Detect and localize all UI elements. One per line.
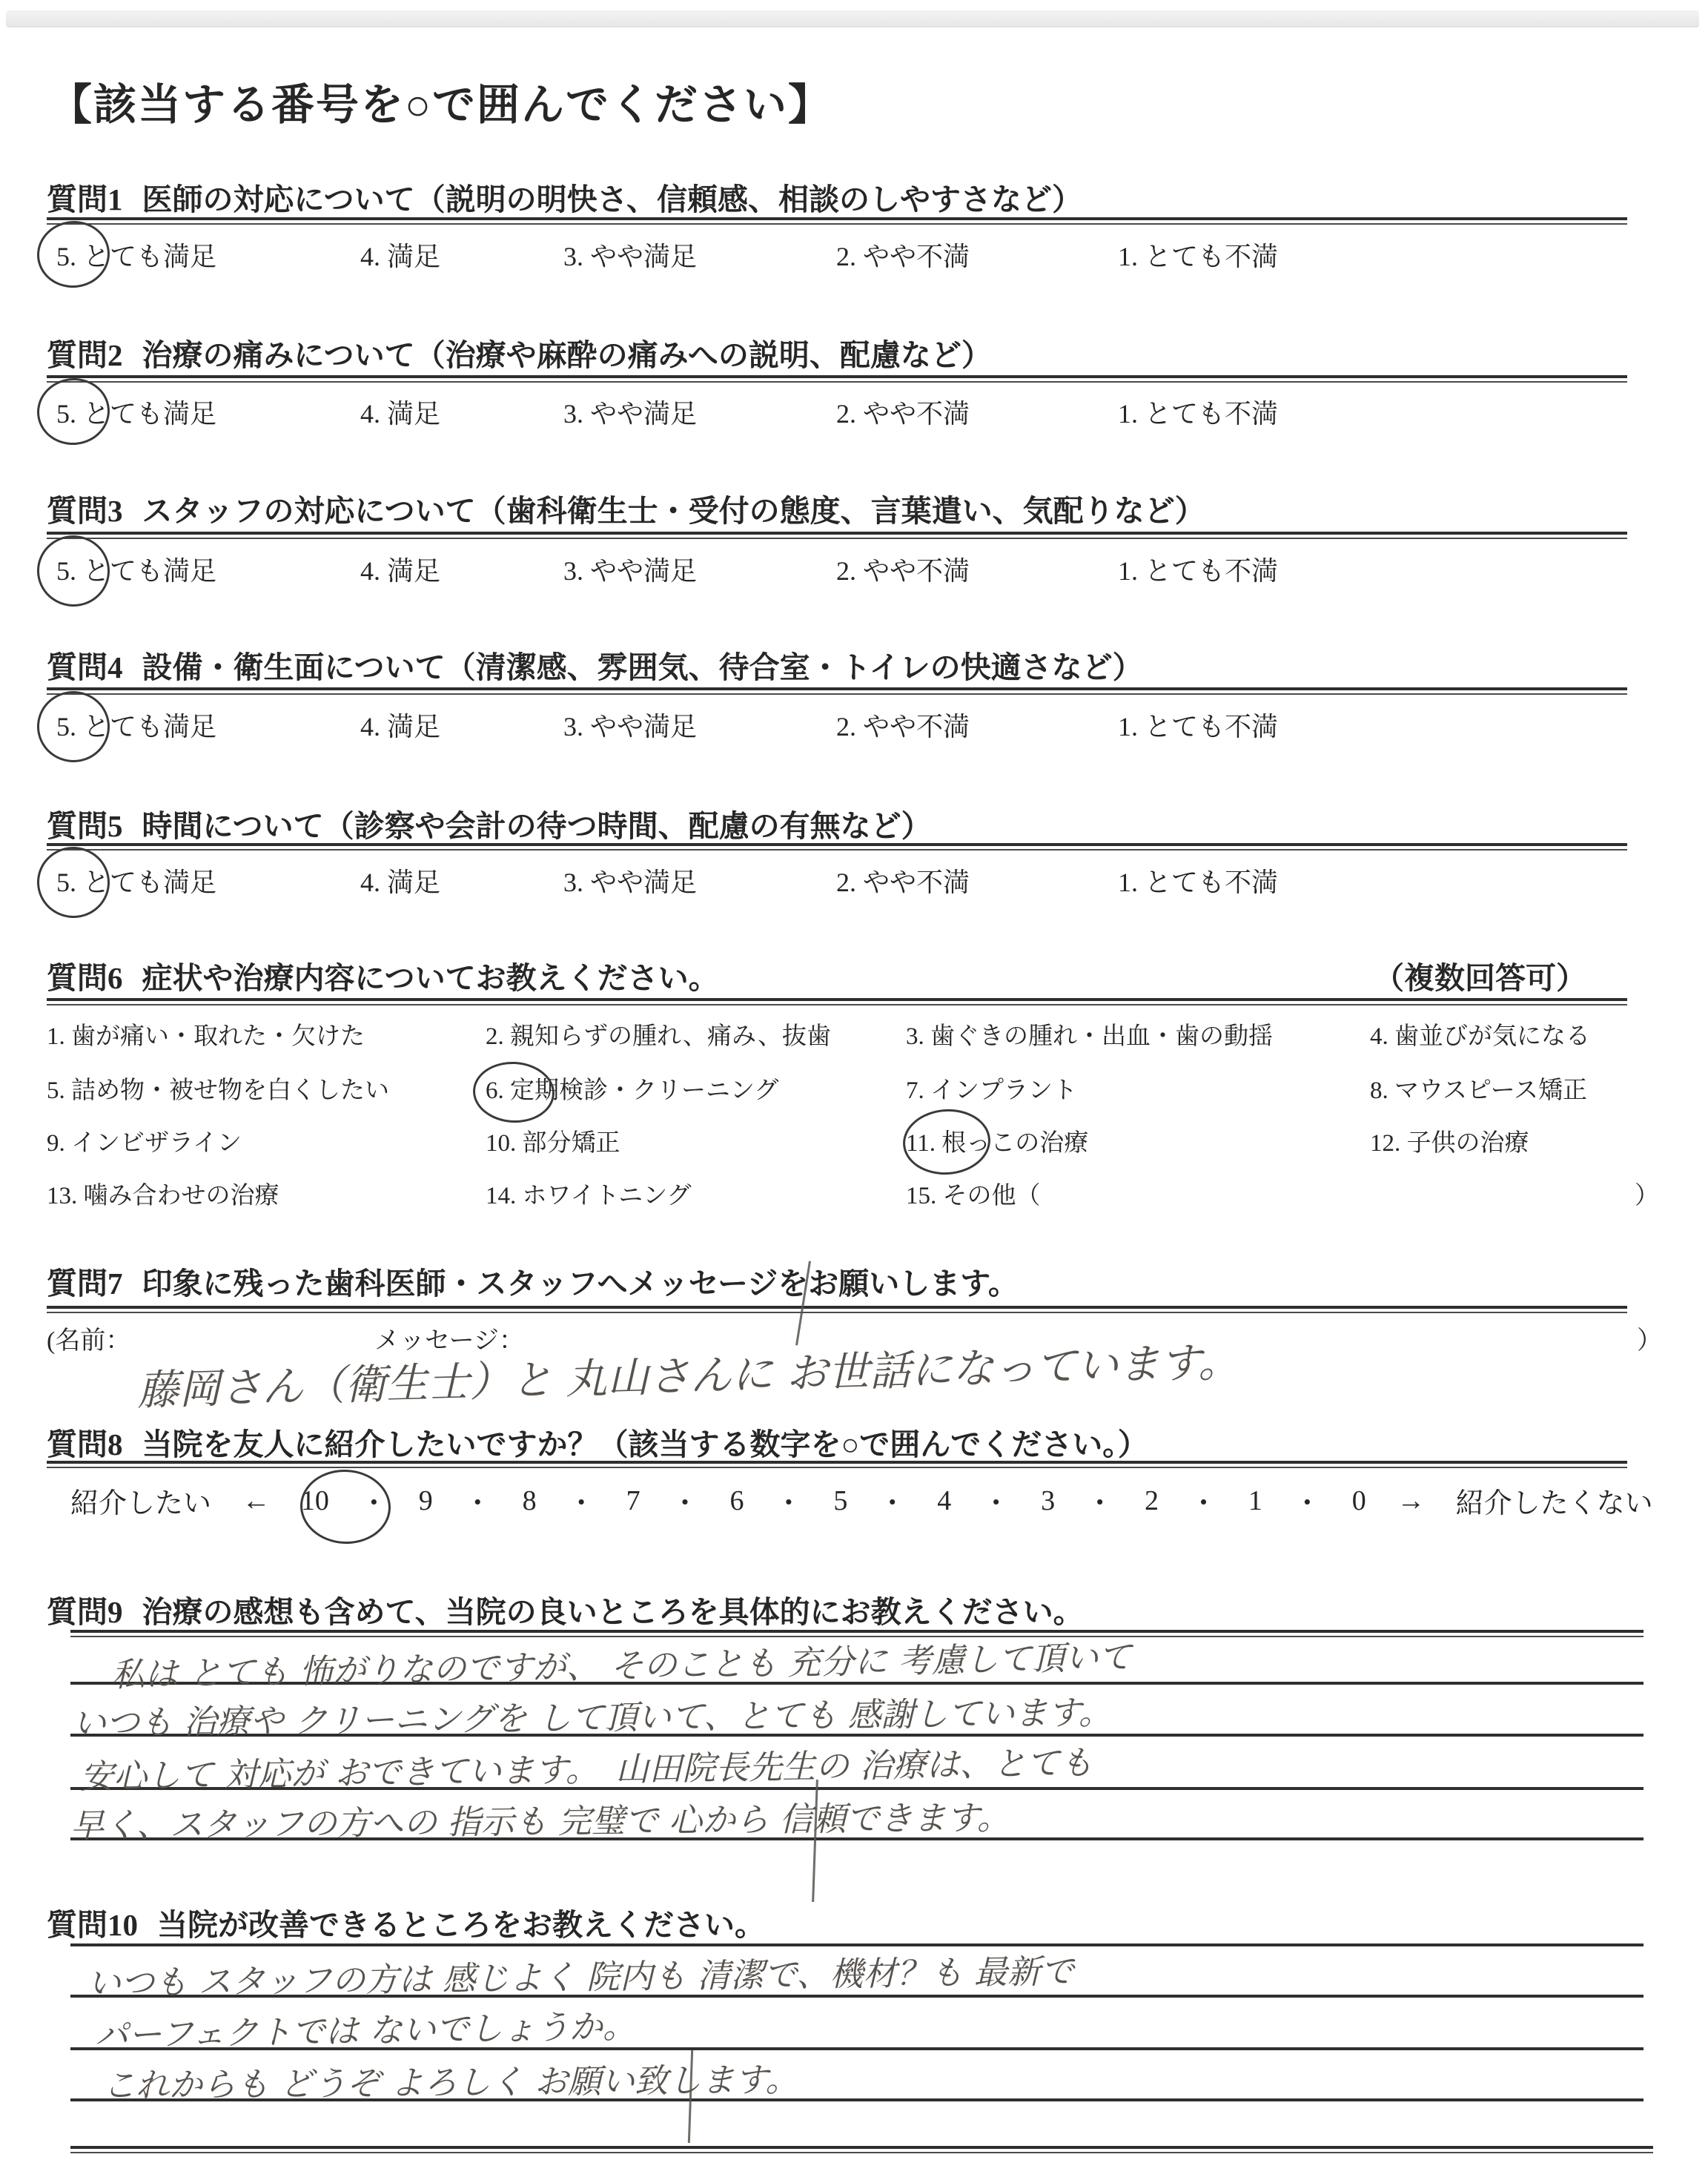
- question10-title: 当院が改善できるところをお教えください。: [157, 1908, 765, 1942]
- dot-separator: ・: [775, 1480, 803, 1521]
- dot-separator: ・: [463, 1480, 491, 1521]
- handdrawn-circle-q1-option5: [34, 217, 113, 291]
- option-3: 3. やや満足: [563, 862, 697, 899]
- question1-heading: 質問1医師の対応について（説明の明快さ、信頼感、相談のしやすさなど）: [47, 175, 1082, 219]
- dot-separator: ・: [567, 1480, 595, 1521]
- divider: [47, 843, 1627, 851]
- question1-title: 医師の対応について（説明の明快さ、信頼感、相談のしやすさなど）: [142, 182, 1083, 217]
- question6-heading: 質問6症状や治療内容についてお教えください。: [47, 954, 719, 997]
- q6-item-4: 4. 歯並びが気になる: [1370, 1017, 1590, 1051]
- question5-options: 5. とても満足 4. 満足 3. やや満足 2. やや不満 1. とても不満: [0, 862, 1708, 899]
- question2-number: 質問2: [47, 338, 123, 372]
- q8-value-1: 1: [1248, 1484, 1262, 1517]
- option-4: 4. 満足: [360, 236, 440, 274]
- dot-separator: ・: [878, 1480, 907, 1521]
- q7-close-paren: ）: [1637, 1320, 1662, 1356]
- q8-value-0: 0: [1352, 1484, 1366, 1517]
- question10-heading: 質問10当院が改善できるところをお教えください。: [47, 1900, 765, 1944]
- handdrawn-circle-q2-option5: [34, 374, 113, 449]
- bottom-divider: [70, 2146, 1653, 2153]
- divider: [47, 217, 1627, 225]
- question5-title: 時間について（診察や会計の待つ時間、配慮の有無など）: [142, 809, 932, 843]
- option-2: 2. やや不満: [836, 393, 970, 431]
- question6-title: 症状や治療内容についてお教えください。: [142, 961, 719, 995]
- q6-item-3: 3. 歯ぐきの腫れ・出血・歯の動揺: [906, 1017, 1273, 1051]
- divider: [47, 687, 1627, 695]
- option-2: 2. やや不満: [836, 550, 970, 588]
- question3-title: スタッフの対応について（歯科衛生士・受付の態度、言葉遣い、気配りなど）: [142, 494, 1205, 528]
- q6-item-13: 13. 噛み合わせの治療: [47, 1176, 279, 1211]
- page-title: 【該当する番号を○で囲んでください】: [49, 70, 833, 132]
- q6-item-1: 1. 歯が痛い・取れた・欠けた: [47, 1017, 365, 1051]
- question6-note: （複数回答可）: [1374, 954, 1586, 997]
- q8-right-label: 紹介したくない: [1456, 1480, 1653, 1521]
- right-arrow-icon: →: [1397, 1484, 1425, 1517]
- question9-title: 治療の感想も含めて、当院の良いところを具体的にお教えください。: [142, 1595, 1084, 1629]
- option-3: 3. やや満足: [563, 706, 697, 744]
- writing-line: [70, 1943, 1644, 1946]
- divider: [47, 1461, 1627, 1468]
- question6-row2: 5. 詰め物・被せ物を白くしたい 6. 定期検診・クリーニング 7. インプラン…: [0, 1071, 1708, 1105]
- q7-name-label: (名前：: [47, 1320, 130, 1356]
- q9-handwritten-line4: 早く、スタッフの方への 指示も 完璧で 心から 信頼できます。: [70, 1790, 1010, 1846]
- q8-value-8: 8: [523, 1484, 537, 1517]
- question10-number: 質問10: [47, 1908, 138, 1942]
- question4-title: 設備・衛生面について（清潔感、雰囲気、待合室・トイレの快適さなど）: [142, 650, 1143, 684]
- option-3: 3. やや満足: [563, 550, 697, 588]
- question5-number: 質問5: [47, 809, 123, 843]
- survey-form-page: 【該当する番号を○で囲んでください】 質問1医師の対応について（説明の明快さ、信…: [0, 0, 1708, 2160]
- q8-value-4: 4: [937, 1484, 951, 1517]
- question9-number: 質問9: [47, 1595, 123, 1629]
- q8-value-6: 6: [729, 1484, 744, 1517]
- dot-separator: ・: [1189, 1480, 1217, 1521]
- option-4: 4. 満足: [360, 393, 440, 431]
- handdrawn-circle-q4-option5: [35, 689, 112, 765]
- question4-heading: 質問4設備・衛生面について（清潔感、雰囲気、待合室・トイレの快適さなど）: [47, 643, 1143, 687]
- question6-row3: 9. インビザライン 10. 部分矯正 11. 根っこの治療 12. 子供の治療: [0, 1123, 1708, 1157]
- question1-number: 質問1: [47, 182, 123, 217]
- q10-handwritten-line3: これからも どうぞ よろしく お願い致します。: [102, 2052, 799, 2107]
- q6-item-15: 15. その他（: [906, 1176, 1041, 1211]
- question5-heading: 質問5時間について（診察や会計の待つ時間、配慮の有無など）: [47, 802, 932, 845]
- question7-title: 印象に残った歯科医師・スタッフへメッセージをお願いします。: [142, 1266, 1019, 1301]
- divider: [47, 1306, 1627, 1313]
- question2-title: 治療の痛みについて（治療や麻酔の痛みへの説明、配慮など）: [142, 338, 992, 372]
- handdrawn-circle-q8-value10: [298, 1467, 392, 1546]
- question7-heading: 質問7印象に残った歯科医師・スタッフへメッセージをお願いします。: [47, 1259, 1019, 1303]
- question8-heading: 質問8当院を友人に紹介したいですか？（該当する数字を○で囲んでください。）: [47, 1420, 1148, 1464]
- option-2: 2. やや不満: [836, 706, 970, 744]
- question8-number: 質問8: [47, 1427, 123, 1462]
- dot-separator: ・: [1086, 1480, 1114, 1521]
- q8-value-7: 7: [626, 1484, 640, 1517]
- question2-options: 5. とても満足 4. 満足 3. やや満足 2. やや不満 1. とても不満: [0, 393, 1708, 430]
- option-1: 1. とても不満: [1118, 550, 1278, 588]
- q8-value-5: 5: [833, 1484, 847, 1517]
- option-4: 4. 満足: [360, 862, 440, 899]
- option-4: 4. 満足: [360, 706, 440, 744]
- dot-separator: ・: [671, 1480, 699, 1521]
- question4-number: 質問4: [47, 650, 123, 684]
- handdrawn-circle-q6-item6: [471, 1060, 556, 1125]
- option-2: 2. やや不満: [836, 862, 970, 899]
- q6-item-2: 2. 親知らずの腫れ、痛み、抜歯: [486, 1017, 831, 1051]
- option-1: 1. とても不満: [1118, 706, 1278, 744]
- scan-artifact-band: [6, 10, 1699, 27]
- handdrawn-circle-q5-option5: [35, 845, 112, 921]
- question4-options: 5. とても満足 4. 満足 3. やや満足 2. やや不満 1. とても不満: [0, 706, 1708, 743]
- q8-value-9: 9: [419, 1484, 433, 1517]
- divider: [47, 998, 1627, 1005]
- question6-row1: 1. 歯が痛い・取れた・欠けた 2. 親知らずの腫れ、痛み、抜歯 3. 歯ぐきの…: [0, 1017, 1708, 1051]
- q6-item-9: 9. インビザライン: [47, 1123, 242, 1158]
- question8-title: 当院を友人に紹介したいですか？（該当する数字を○で囲んでください。）: [142, 1427, 1148, 1462]
- option-1: 1. とても不満: [1118, 862, 1278, 899]
- option-3: 3. やや満足: [563, 393, 697, 431]
- question6-number: 質問6: [47, 961, 123, 995]
- handdrawn-circle-q6-item11: [901, 1106, 993, 1178]
- q6-item-12: 12. 子供の治療: [1370, 1123, 1529, 1158]
- left-arrow-icon: ←: [242, 1484, 270, 1517]
- q6-item-7: 7. インプラント: [906, 1071, 1077, 1106]
- question3-options: 5. とても満足 4. 満足 3. やや満足 2. やや不満 1. とても不満: [0, 550, 1708, 587]
- question1-options: 5. とても満足 4. 満足 3. やや満足 2. やや不満 1. とても不満: [0, 236, 1708, 273]
- q6-item-14: 14. ホワイトニング: [486, 1176, 692, 1211]
- dot-separator: ・: [982, 1480, 1010, 1521]
- q6-item-10: 10. 部分矯正: [486, 1123, 620, 1158]
- option-1: 1. とても不満: [1118, 236, 1278, 274]
- q6-other-close-paren: ）: [1635, 1176, 1659, 1211]
- q6-item-8: 8. マウスピース矯正: [1370, 1071, 1587, 1106]
- question3-number: 質問3: [47, 494, 123, 528]
- question3-heading: 質問3スタッフの対応について（歯科衛生士・受付の態度、言葉遣い、気配りなど）: [47, 486, 1205, 530]
- option-4: 4. 満足: [360, 550, 440, 588]
- q6-item-5: 5. 詰め物・被せ物を白くしたい: [47, 1071, 389, 1106]
- q7-handwritten-message: 藤岡さん（衛生士）と 丸山さんに お世話になっています。: [136, 1330, 1240, 1418]
- q8-value-3: 3: [1041, 1484, 1055, 1517]
- divider: [47, 375, 1627, 383]
- option-1: 1. とても不満: [1118, 393, 1278, 431]
- question6-row4: 13. 噛み合わせの治療 14. ホワイトニング 15. その他（ ）: [0, 1176, 1708, 1210]
- q8-value-2: 2: [1145, 1484, 1159, 1517]
- question7-number: 質問7: [47, 1266, 123, 1301]
- handdrawn-circle-q3-option5: [35, 533, 112, 610]
- question2-heading: 質問2治療の痛みについて（治療や麻酔の痛みへの説明、配慮など）: [47, 331, 992, 374]
- q8-left-label: 紹介したい: [70, 1480, 211, 1521]
- option-3: 3. やや満足: [563, 236, 697, 274]
- option-2: 2. やや不満: [836, 236, 970, 274]
- divider: [47, 532, 1627, 539]
- dot-separator: ・: [1293, 1480, 1321, 1521]
- q10-handwritten-line2: パーフェクトでは ないでしょうか。: [94, 1999, 636, 2057]
- question9-heading: 質問9治療の感想も含めて、当院の良いところを具体的にお教えください。: [47, 1588, 1084, 1631]
